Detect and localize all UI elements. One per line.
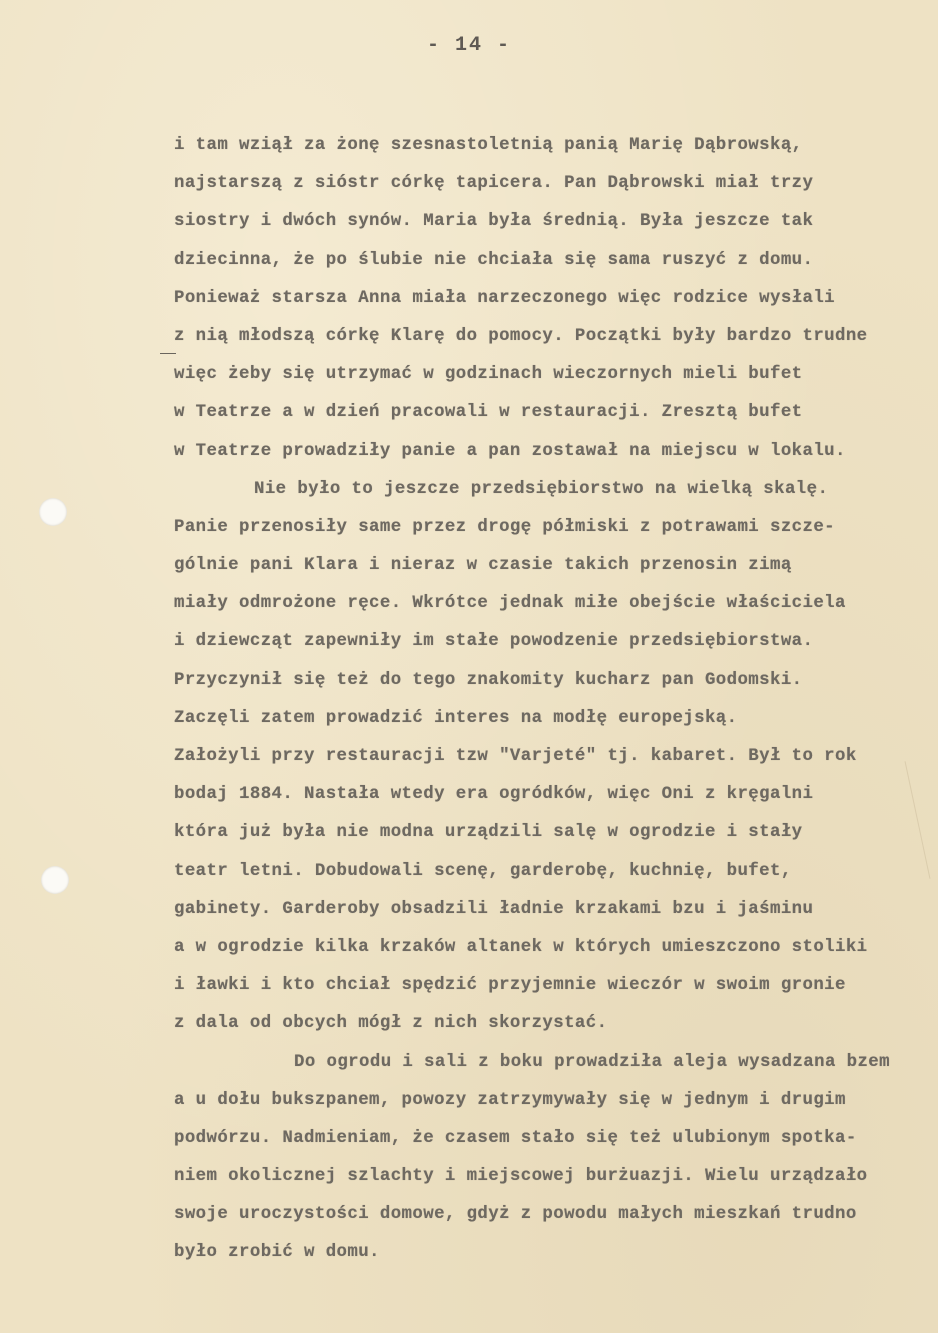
page-number: - 14 -	[0, 34, 938, 57]
text-line: Zaczęli zatem prowadzić interes na modłę…	[174, 709, 934, 747]
text-line: Nie było to jeszcze przedsiębiorstwo na …	[174, 480, 934, 518]
text-line: swoje uroczystości domowe, gdyż z powodu…	[174, 1205, 934, 1243]
text-line: i ławki i kto chciał spędzić przyjemnie …	[174, 976, 934, 1014]
text-line: siostry i dwóch synów. Maria była średni…	[174, 212, 934, 250]
text-line: i dziewcząt zapewniły im stałe powodzeni…	[174, 632, 934, 670]
text-line: w Teatrze prowadziły panie a pan zostawa…	[174, 442, 934, 480]
text-line: niem okolicznej szlachty i miejscowej bu…	[174, 1167, 934, 1205]
text-line: miały odmrożone ręce. Wkrótce jednak mił…	[174, 594, 934, 632]
text-line: teatr letni. Dobudowali scenę, garderobę…	[174, 862, 934, 900]
text-line: było zrobić w domu.	[174, 1243, 934, 1281]
text-line: Przyczynił się też do tego znakomity kuc…	[174, 671, 934, 709]
text-line: Do ogrodu i sali z boku prowadziła aleja…	[174, 1053, 934, 1091]
text-line: więc żeby się utrzymać w godzinach wiecz…	[174, 365, 934, 403]
text-line: podwórzu. Nadmieniam, że czasem stało si…	[174, 1129, 934, 1167]
text-line: Założyli przy restauracji tzw "Varjeté" …	[174, 747, 934, 785]
text-line: gólnie pani Klara i nieraz w czasie taki…	[174, 556, 934, 594]
document-page: - 14 - i tam wziął za żonę szesnastoletn…	[0, 0, 938, 1333]
text-line: z nią młodszą córkę Klarę do pomocy. Poc…	[174, 327, 934, 365]
text-line: Panie przenosiły same przez drogę półmis…	[174, 518, 934, 556]
text-line: która już była nie modna urządzili salę …	[174, 823, 934, 861]
text-line: w Teatrze a w dzień pracowali w restaura…	[174, 403, 934, 441]
text-line: a u dołu bukszpanem, powozy zatrzymywały…	[174, 1091, 934, 1129]
typewritten-body: i tam wziął za żonę szesnastoletnią pani…	[174, 136, 934, 1282]
text-line: najstarszą z sióstr córkę tapicera. Pan …	[174, 174, 934, 212]
text-line: gabinety. Garderoby obsadzili ładnie krz…	[174, 900, 934, 938]
text-line: bodaj 1884. Nastała wtedy era ogródków, …	[174, 785, 934, 823]
text-line: a w ogrodzie kilka krzaków altanek w któ…	[174, 938, 934, 976]
text-line: z dala od obcych mógł z nich skorzystać.	[174, 1014, 934, 1052]
text-line: i tam wziął za żonę szesnastoletnią pani…	[174, 136, 934, 174]
text-line: dziecinna, że po ślubie nie chciała się …	[174, 251, 934, 289]
punch-hole	[41, 866, 69, 894]
text-line: Ponieważ starsza Anna miała narzeczonego…	[174, 289, 934, 327]
punch-hole	[39, 498, 67, 526]
